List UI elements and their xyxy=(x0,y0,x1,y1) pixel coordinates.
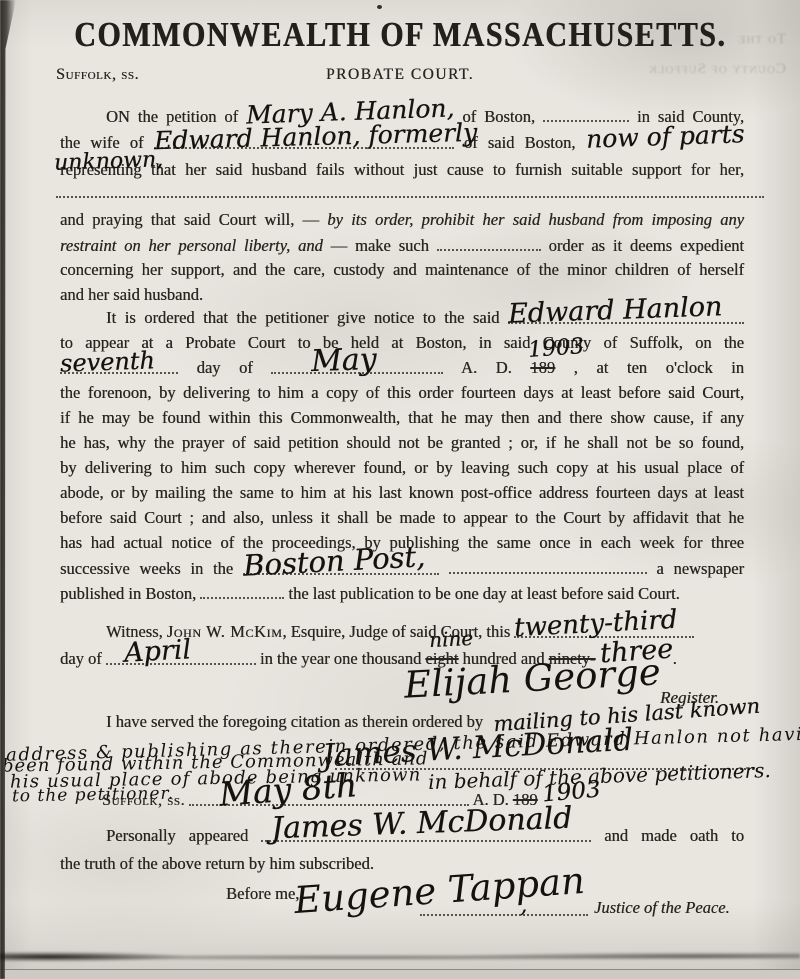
day-word-script: twenty-third xyxy=(514,620,677,629)
register-signature-script: Elijah George xyxy=(403,653,661,705)
order-print-text: the last publication to be one day at le… xyxy=(288,584,679,603)
dotted-divider-line xyxy=(56,196,764,198)
dotted-blank xyxy=(200,583,284,599)
order-line-7: by delivering to him such copy wherever … xyxy=(60,458,744,483)
signature-dotted-line xyxy=(420,914,588,916)
prayer-print-text: and her said husband. xyxy=(60,285,203,304)
order-paragraph: It is ordered that the petitioner give n… xyxy=(60,308,744,608)
deponent-signature-script: James W. McDonald xyxy=(271,819,572,830)
of-said-boston-label: of said Boston, xyxy=(464,133,576,152)
petitioner-name-script: Mary A. Hanlon, xyxy=(246,108,454,115)
year-script: 1903 xyxy=(528,347,584,351)
order-print-text: It is ordered that the petitioner give n… xyxy=(106,308,499,327)
dotted-blank: May 8th xyxy=(189,790,469,806)
scanned-document-page: To the County of Suffolk COMMONWEALTH OF… xyxy=(0,0,800,979)
order-line-12: published in Boston, the last publicatio… xyxy=(60,583,744,608)
bleedthrough-text: To the County of Suffolk xyxy=(586,24,786,84)
order-line-3: seventh day of May A. D. 1903189 , at te… xyxy=(60,358,744,383)
prayer-print-text: — make such xyxy=(331,236,429,255)
dotted-blank xyxy=(449,558,647,574)
petition-paragraph: ON the petition of Mary A. Hanlon, of Bo… xyxy=(60,106,744,187)
petition-lead: ON the petition of xyxy=(106,107,238,126)
order-print-text: a newspaper xyxy=(656,559,744,578)
dotted-blank: May xyxy=(271,358,443,374)
dotted-blank xyxy=(543,106,629,122)
order-line-9: before said Court ; and also, unless it … xyxy=(60,508,744,533)
dotted-blank: April xyxy=(106,649,256,665)
dotted-blank: Boston Post, xyxy=(243,559,439,575)
newspaper-script: Boston Post, xyxy=(243,556,425,566)
bleedthrough-line: To the xyxy=(586,24,786,54)
dotted-blank: James W. McDonald xyxy=(261,826,591,842)
order-print-text: before said Court ; and also, unless it … xyxy=(60,508,744,527)
order-line-8: abode, or by mailing the same to him at … xyxy=(60,483,744,508)
order-line-5: if he may be found within this Commonwea… xyxy=(60,408,744,433)
order-line-1: It is ordered that the petitioner give n… xyxy=(60,308,744,333)
order-print-text: , at ten o'clock in xyxy=(574,358,744,377)
scan-band-bottom xyxy=(0,969,800,979)
prayer-print-text: and praying that said Court will, — xyxy=(60,210,319,229)
order-print-text: the forenoon, by delivering to him a cop… xyxy=(60,383,744,402)
order-line-11: successive weeks in the Boston Post, a n… xyxy=(60,558,744,583)
dotted-blank: seventh xyxy=(60,358,178,374)
prayer-italic-text: by its order, prohibit her said husband … xyxy=(327,210,744,229)
year-script: 1903 xyxy=(542,789,600,794)
dotted-blank xyxy=(437,235,541,251)
husband-name-script: Edward Hanlon xyxy=(508,307,722,314)
order-print-text: by delivering to him such copy wherever … xyxy=(60,458,744,477)
dotted-blank: Edward Hanlon, formerly xyxy=(154,133,454,149)
before-me-label: Before me, xyxy=(226,884,299,904)
order-print-text: to appear at a Probate Court to be held … xyxy=(60,333,744,352)
day-of-label: day of xyxy=(60,649,102,668)
ink-speck xyxy=(377,5,382,9)
order-line-6: he has, why the prayer of said petition … xyxy=(60,433,744,458)
month-script: April xyxy=(124,650,191,654)
prayer-line-2: restraint on her personal liberty, and —… xyxy=(60,235,744,260)
oath-line-2: the truth of the above return by him sub… xyxy=(60,854,374,874)
prayer-print-text: order as it deems expedient xyxy=(549,236,744,255)
order-print-text: successive weeks in the xyxy=(60,559,233,578)
unknown-script: unknown, xyxy=(54,160,163,164)
county-label: Suffolk, ss. xyxy=(102,792,185,809)
witness-print-text: , Esquire, Judge of said Court, this xyxy=(282,622,510,641)
nine-script: nine xyxy=(429,638,473,640)
oath-print-text: and made oath to xyxy=(604,826,744,845)
order-print-text: published in Boston, xyxy=(60,584,196,603)
prayer-italic-text: restraint on her personal liberty, and xyxy=(60,236,323,255)
scan-smear-bottom xyxy=(0,949,800,963)
scan-edge-left xyxy=(0,0,16,979)
date-script: May 8th xyxy=(219,785,357,795)
bleedthrough-line: County of Suffolk xyxy=(586,54,786,84)
month-script: May xyxy=(311,360,377,362)
husband-name-script: Edward Hanlon, formerly xyxy=(154,133,477,141)
order-print-text: he has, why the prayer of said petition … xyxy=(60,433,744,452)
order-line-2: to appear at a Probate Court to be held … xyxy=(60,333,744,358)
oath-line-1: Personally appeared James W. McDonald an… xyxy=(60,826,744,853)
oath-print-text: Personally appeared xyxy=(106,826,248,845)
order-line-4: the forenoon, by delivering to him a cop… xyxy=(60,383,744,408)
ad-label: A. D. xyxy=(461,358,512,377)
service-print-text: I have served the foregoing citation as … xyxy=(106,712,483,731)
prayer-line-3: concerning her support, and the care, cu… xyxy=(60,260,744,285)
prayer-print-text: concerning her support, and the care, cu… xyxy=(60,260,744,279)
witness-print-text: in the year one thousand xyxy=(260,649,421,668)
day-script: seventh xyxy=(60,360,155,363)
now-of-parts-script: now of parts xyxy=(586,134,744,140)
petition-line-3: unknown, representing that her said husb… xyxy=(60,160,744,187)
day-of-label: day of xyxy=(197,358,253,377)
justice-label: Justice of the Peace. xyxy=(594,898,730,918)
struck-year-group: 1903189 xyxy=(530,358,555,377)
order-print-text: abode, or by mailing the same to him at … xyxy=(60,483,744,502)
order-print-text: if he may be found within this Commonwea… xyxy=(60,408,744,427)
dotted-blank: Edward Hanlon xyxy=(508,308,744,324)
prayer-line-1: and praying that said Court will, — by i… xyxy=(60,210,744,235)
